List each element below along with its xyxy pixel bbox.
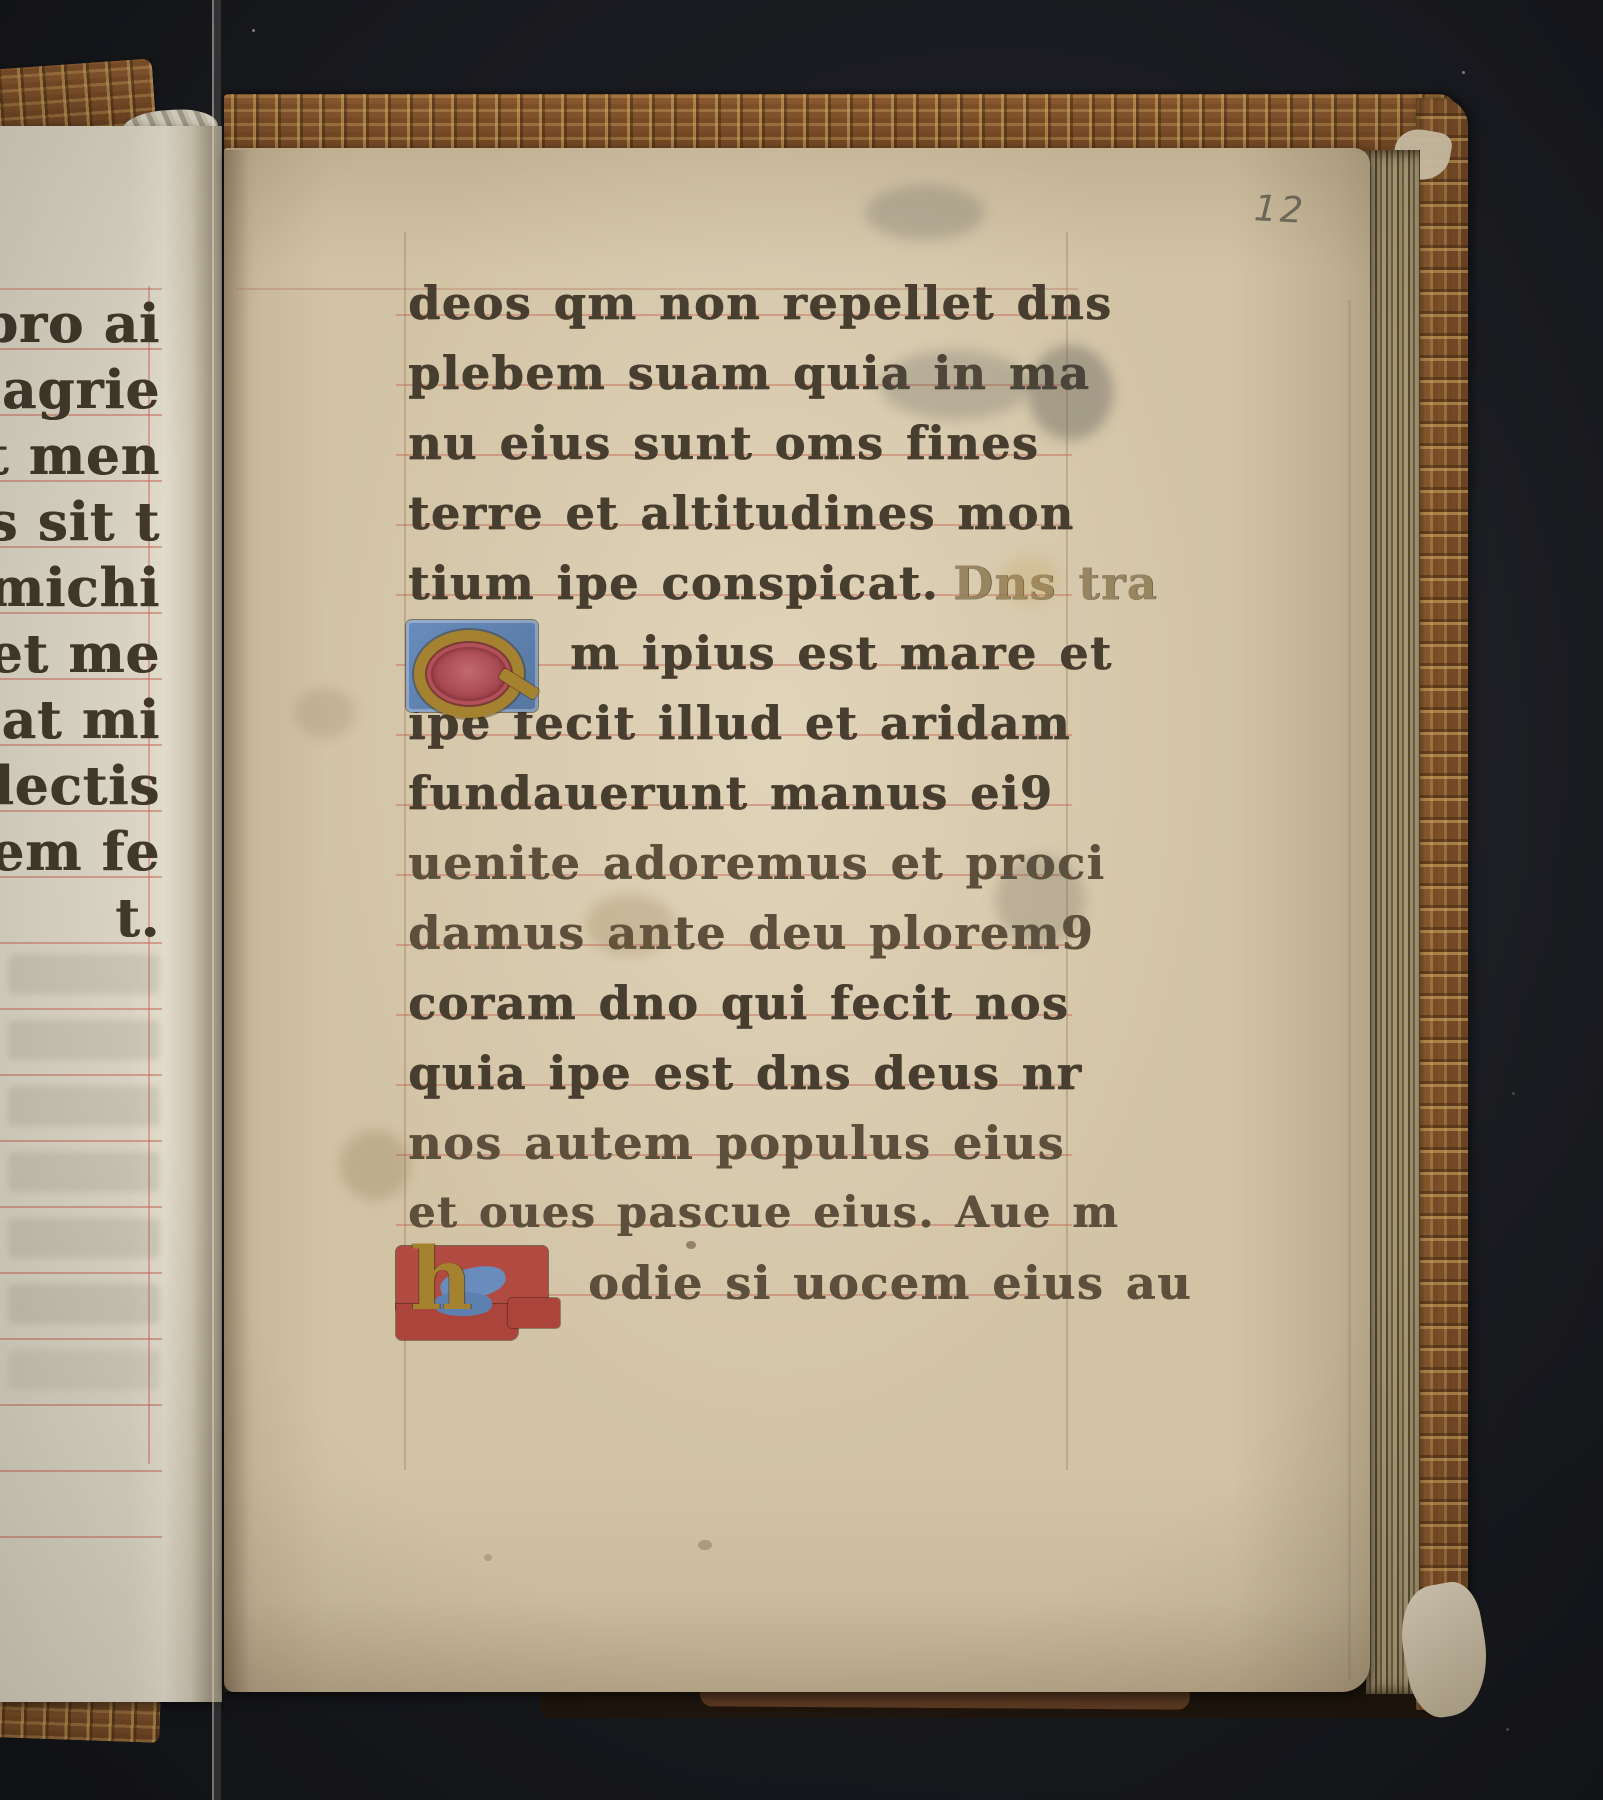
text-line: coram dno qui fecit nos bbox=[408, 974, 1076, 1038]
dust-speck bbox=[252, 29, 255, 32]
illuminated-initial-q bbox=[406, 620, 538, 712]
text-line: s sit t bbox=[0, 492, 160, 552]
text-line: a pro ai bbox=[0, 294, 160, 354]
gutter-shadow bbox=[224, 150, 250, 1692]
line-text: coram dno qui fecit nos bbox=[408, 976, 1069, 1030]
show-through-row bbox=[8, 1086, 160, 1126]
fore-edge-leaves bbox=[1366, 150, 1420, 1694]
initial-h-red-ground bbox=[508, 1298, 560, 1328]
text-line: et me bbox=[0, 624, 160, 684]
stain bbox=[1000, 555, 1060, 605]
text-line: t michi bbox=[0, 558, 160, 618]
text-line: nos autem populus eius bbox=[408, 1114, 1076, 1178]
text-line: uenite adoremus et proci bbox=[408, 834, 1076, 898]
stain bbox=[1028, 345, 1113, 440]
speck bbox=[698, 1540, 712, 1550]
text-line: fundauerunt manus ei9 bbox=[408, 764, 1076, 828]
initial-h-letter: h bbox=[410, 1230, 473, 1330]
text-line: terre et altitudines mon bbox=[408, 484, 1076, 548]
show-through-row bbox=[8, 1218, 160, 1258]
stain bbox=[880, 350, 1030, 420]
right-binding-edge bbox=[1416, 98, 1468, 1710]
show-through-row bbox=[8, 1350, 160, 1390]
line-text: quia ipe est dns deus nr bbox=[408, 1046, 1082, 1100]
line-text: nu eius sunt oms fines bbox=[408, 416, 1039, 470]
line-text: fundauerunt manus ei9 bbox=[408, 766, 1053, 820]
glass-edge-reflection bbox=[212, 0, 221, 1800]
illuminated-initial-h: h bbox=[396, 1242, 562, 1346]
line-text: deos qm non repellet dns bbox=[408, 276, 1112, 330]
top-binding-edge bbox=[224, 94, 1458, 154]
stain bbox=[585, 895, 675, 955]
text-line: tium ipe conspicat.Dns tra bbox=[408, 554, 1076, 618]
line-text: terre et altitudines mon bbox=[408, 486, 1075, 540]
show-through-row bbox=[8, 954, 160, 994]
page-number: 12 bbox=[1253, 188, 1325, 234]
text-line: uem fe bbox=[0, 822, 160, 882]
dust-speck bbox=[1506, 1728, 1509, 1731]
dust-speck bbox=[1462, 71, 1465, 74]
line-text: nos autem populus eius bbox=[408, 1116, 1065, 1170]
line-text: tium ipe conspicat. bbox=[408, 556, 939, 610]
line-text: damus ante deu plorem9 bbox=[408, 906, 1094, 960]
text-line: is electis bbox=[0, 756, 160, 816]
text-line: damus ante deu plorem9 bbox=[408, 904, 1076, 968]
stain bbox=[995, 855, 1085, 945]
line-text: m ipius est mare et bbox=[570, 626, 1113, 680]
text-line: et oues pascue eius. Aue m bbox=[408, 1184, 1076, 1248]
show-through-row bbox=[8, 1152, 160, 1192]
text-line: agrie bbox=[2, 360, 160, 420]
dust-speck bbox=[1512, 1092, 1515, 1095]
show-through-row bbox=[8, 1020, 160, 1060]
ruled-line bbox=[0, 288, 162, 290]
text-line: quia ipe est dns deus nr bbox=[408, 1044, 1076, 1108]
left-page: a pro ai agrie t men s sit t t michi et … bbox=[0, 126, 222, 1702]
text-line: t. bbox=[115, 888, 160, 948]
stain bbox=[340, 1130, 410, 1200]
page-crease bbox=[1348, 300, 1351, 1680]
stain bbox=[295, 688, 355, 738]
text-line: deos qm non repellet dns bbox=[408, 274, 1076, 338]
show-through-row bbox=[8, 1284, 160, 1324]
text-line: nu eius sunt oms fines bbox=[408, 414, 1076, 478]
line-text: et oues pascue eius. Aue m bbox=[408, 1188, 1119, 1238]
speck bbox=[686, 1241, 696, 1249]
line-text: odie si uocem eius au bbox=[588, 1256, 1192, 1310]
manuscript-photo: a pro ai agrie t men s sit t t michi et … bbox=[0, 0, 1603, 1800]
text-line: at mi bbox=[2, 690, 161, 750]
stain bbox=[865, 185, 985, 240]
text-line: t men bbox=[0, 426, 160, 486]
speck bbox=[484, 1554, 492, 1561]
